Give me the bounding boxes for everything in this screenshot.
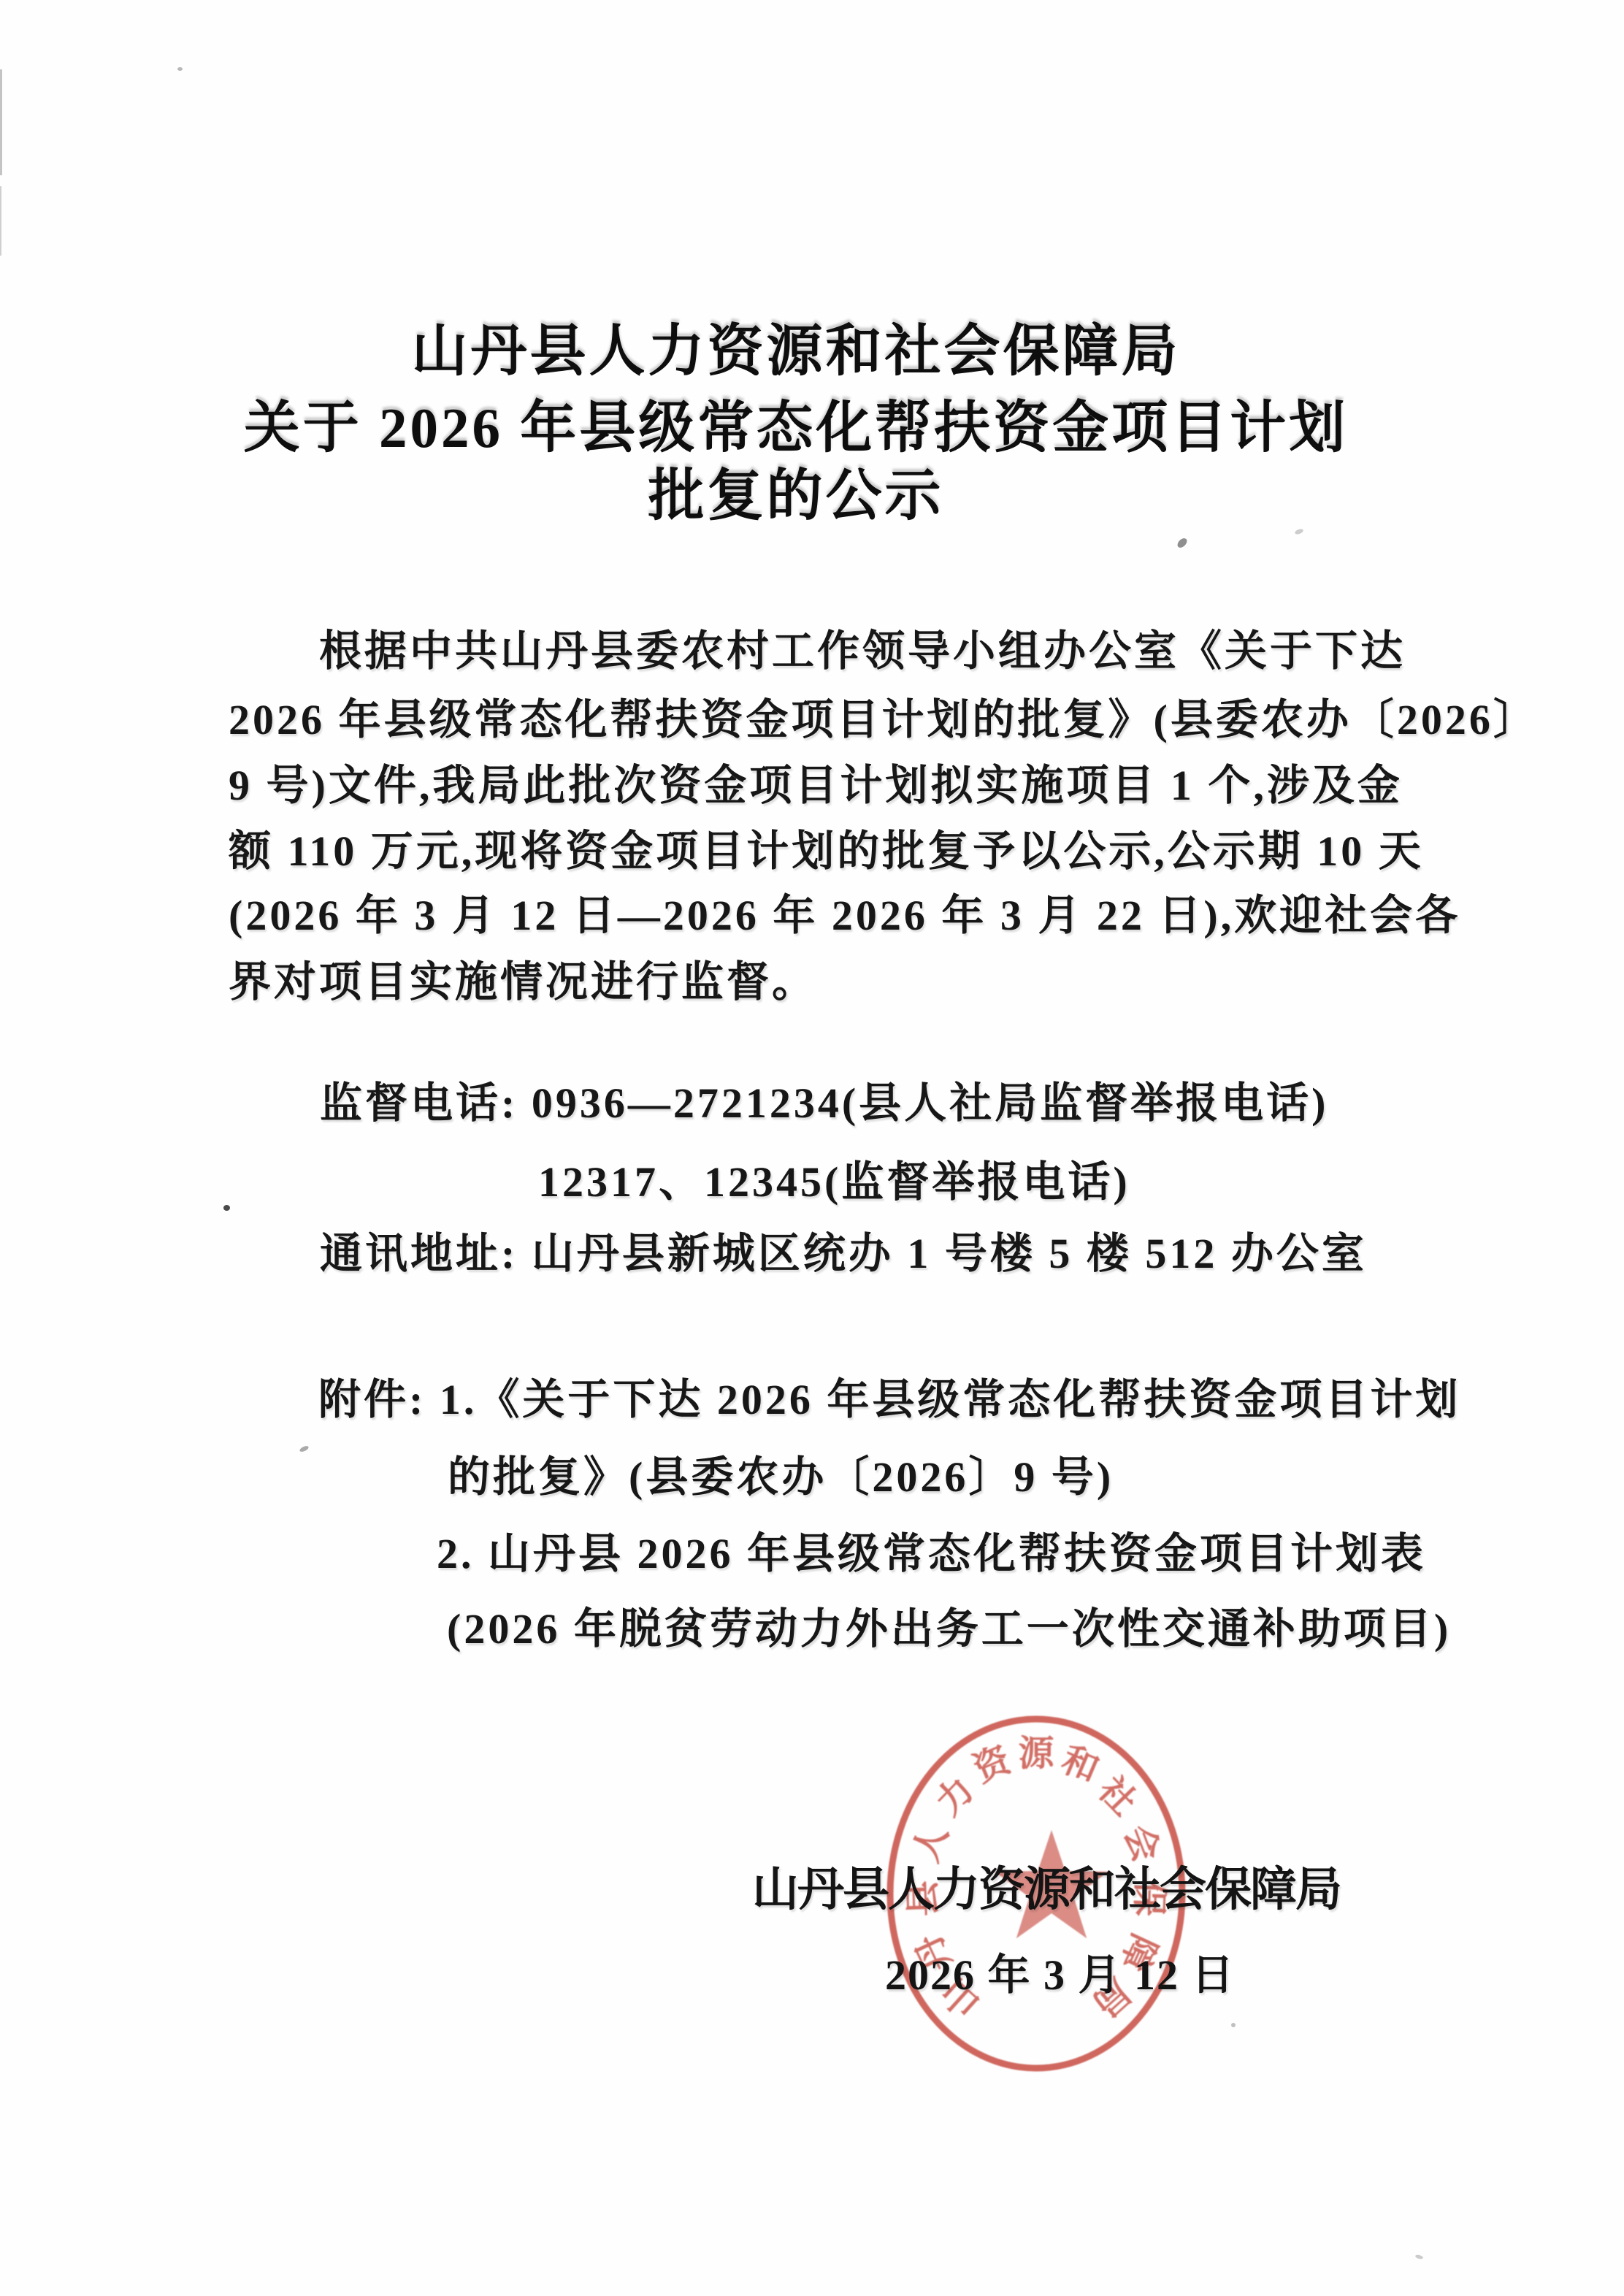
scan-speck [299, 1445, 309, 1453]
supervision-phone-line: 监督电话: 0936—2721234(县人社局监督举报电话) [320, 1082, 1328, 1125]
attachment-line: 附件: 1.《关于下达 2026 年县级常态化帮扶资金项目计划 [318, 1379, 1460, 1421]
scan-streak [0, 186, 1, 256]
attachment-line: (2026 年脱贫劳动力外出务工一次性交通补助项目) [447, 1608, 1451, 1650]
scan-streak [0, 69, 2, 175]
issuer-signature: 山丹县人力资源和社会保障局 [752, 1867, 1341, 1913]
document-title-line-1: 山丹县人力资源和社会保障局 [0, 324, 1608, 380]
attachment-line: 2. 山丹县 2026 年县级常态化帮扶资金项目计划表 [437, 1533, 1426, 1575]
svg-text:会: 会 [1116, 1819, 1167, 1867]
svg-text:社: 社 [1091, 1769, 1145, 1823]
document-title-line-3: 批复的公示 [0, 468, 1608, 524]
body-paragraph-line: 额 110 万元,现将资金项目计划的批复予以公示,公示期 10 天 [229, 830, 1424, 873]
scan-speck [1294, 528, 1303, 535]
scan-speck [1176, 536, 1189, 549]
body-paragraph-line: 根据中共山丹县委农村工作领导小组办公室《关于下达 [319, 630, 1406, 673]
issue-date: 2026 年 3 月 12 日 [885, 1954, 1236, 1997]
svg-text:和: 和 [1056, 1739, 1105, 1790]
attachment-line: 的批复》(县委农办〔2026〕9 号) [448, 1456, 1114, 1499]
hotline-line: 12317、12345(监督举报电话) [538, 1161, 1130, 1204]
body-paragraph-line: (2026 年 3 月 12 日—2026 年 2026 年 3 月 22 日)… [229, 895, 1460, 937]
svg-text:力: 力 [928, 1769, 982, 1823]
address-line: 通讯地址: 山丹县新城区统办 1 号楼 5 楼 512 办公室 [320, 1233, 1367, 1275]
body-paragraph-line: 2026 年县级常态化帮扶资金项目计划的批复》(县委农办〔2026〕 [229, 699, 1539, 741]
scan-speck [1231, 2023, 1236, 2027]
body-paragraph-line: 界对项目实施情况进行监督。 [229, 961, 817, 1003]
scan-speck [223, 1205, 230, 1211]
svg-text:资: 资 [968, 1739, 1017, 1790]
document-title-line-2: 关于 2026 年县级常态化帮扶资金项目计划 [0, 400, 1608, 456]
scan-speck [1415, 2254, 1424, 2260]
svg-text:人: 人 [905, 1819, 956, 1867]
body-paragraph-line: 9 号)文件,我局此批次资金项目计划拟实施项目 1 个,涉及金 [229, 765, 1403, 807]
scan-speck [177, 67, 183, 71]
svg-text:源: 源 [1018, 1734, 1054, 1774]
scanned-notice-page: 山丹县人力资源和社会保障局 关于 2026 年县级常态化帮扶资金项目计划 批复的… [0, 0, 1624, 2296]
